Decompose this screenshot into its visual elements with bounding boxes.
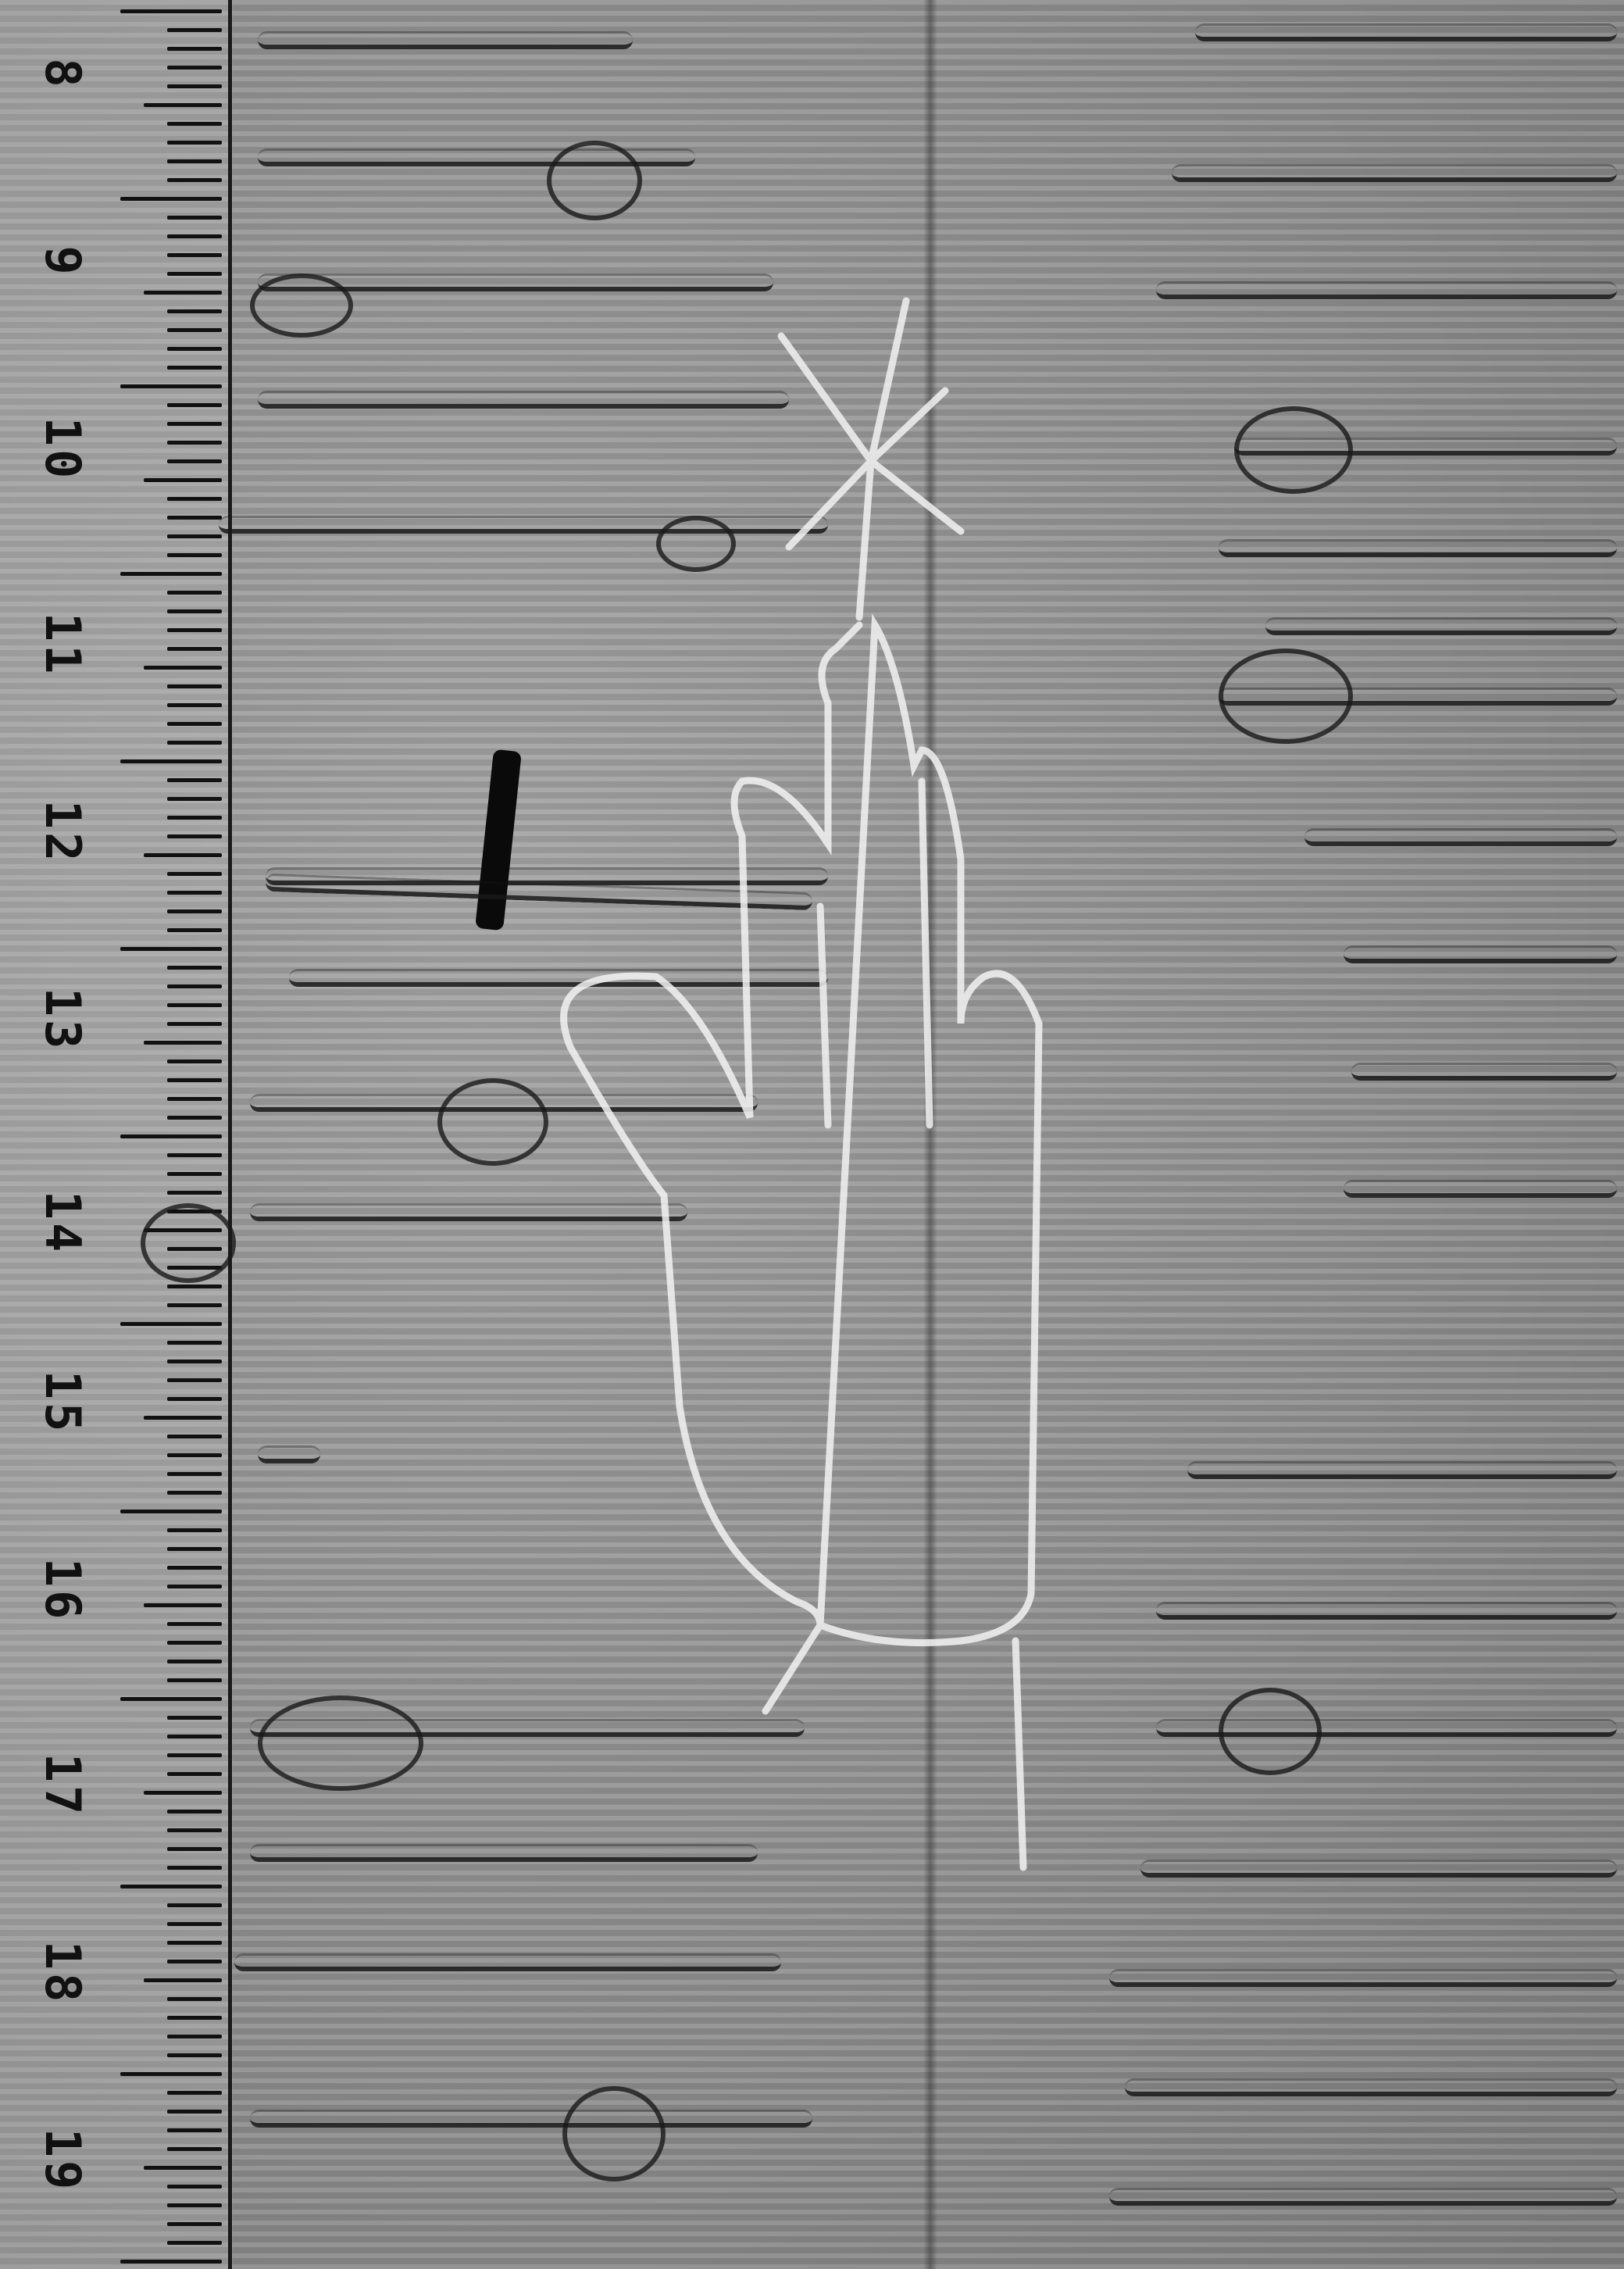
ruler-tick [167, 722, 222, 726]
ruler-tick [167, 703, 222, 707]
ruler-tick [167, 1585, 222, 1588]
ruler-tick [167, 2035, 222, 2039]
ruler-tick [167, 2147, 222, 2151]
hand-watermark [0, 0, 1624, 2269]
ruler-tick [167, 1472, 222, 1476]
ruler-tick [167, 872, 222, 876]
ruler-tick [120, 1510, 222, 1513]
ruler-label-17: 17 [31, 1738, 94, 1832]
ruler-tick [167, 328, 222, 332]
ruler-tick [167, 47, 222, 51]
ruler-tick [167, 778, 222, 782]
ruler-tick [167, 2203, 222, 2207]
ruler-tick [167, 403, 222, 407]
ruler-label-10: 10 [31, 402, 94, 496]
ruler-tick [167, 1753, 222, 1757]
ruler-tick [167, 516, 222, 520]
ruler-label-12: 12 [31, 785, 94, 879]
ruler-tick [167, 309, 222, 313]
ruler-tick [167, 1285, 222, 1288]
ruler-tick [167, 1903, 222, 1907]
manuscript-page: 8 9 10 11 12 13 14 15 16 17 18 19 [0, 0, 1624, 2269]
ruler-tick [167, 1303, 222, 1307]
ruler-tick [120, 1322, 222, 1326]
ruler-tick [167, 66, 222, 70]
ruler-tick [167, 553, 222, 557]
ruler-tick [167, 684, 222, 688]
ruler-tick [167, 1435, 222, 1438]
ruler-label-9: 9 [31, 215, 94, 309]
ruler-label-13: 13 [31, 973, 94, 1067]
ruler-tick [167, 797, 222, 801]
ruler-tick [167, 459, 222, 463]
ruler-tick [120, 572, 222, 576]
ruler-tick [167, 891, 222, 895]
ruler-tick [167, 1735, 222, 1738]
ruler-tick [167, 422, 222, 426]
ruler-tick [167, 1772, 222, 1776]
ruler-label-8: 8 [31, 27, 94, 121]
ruler-tick [144, 478, 222, 482]
ruler-tick [167, 1491, 222, 1495]
ruler-tick [167, 1097, 222, 1101]
ruler-tick [167, 84, 222, 88]
ruler-tick [120, 1885, 222, 1888]
ruler-tick [167, 741, 222, 745]
ruler-tick [120, 947, 222, 951]
ruler-tick [167, 1003, 222, 1007]
ruler-tick [144, 1041, 222, 1045]
ruler-tick [167, 647, 222, 651]
ruler-tick [167, 441, 222, 445]
ruler-tick [167, 1566, 222, 1570]
ruler-tick [167, 1397, 222, 1401]
ruler-tick [167, 1153, 222, 1157]
ruler-tick [167, 1078, 222, 1082]
ruler-tick [167, 534, 222, 538]
ruler-tick [167, 928, 222, 932]
ruler-tick [167, 1997, 222, 2001]
ruler-tick [167, 1828, 222, 1832]
ruler-tick [167, 1360, 222, 1363]
ruler-label-11: 11 [31, 598, 94, 691]
ruler-tick [167, 609, 222, 613]
ruler-tick [167, 1622, 222, 1626]
ruler-tick [144, 1416, 222, 1420]
ruler-tick [167, 1847, 222, 1851]
ruler-tick [120, 2072, 222, 2076]
ruler-tick [120, 384, 222, 388]
ruler-tick [167, 1960, 222, 1963]
ruler-tick [167, 2241, 222, 2245]
ruler-label-15: 15 [31, 1356, 94, 1449]
ruler-label-16: 16 [31, 1543, 94, 1637]
heavy-ink-mark [475, 749, 522, 931]
ruler-tick [167, 234, 222, 238]
ruler-tick [167, 253, 222, 257]
ruler-tick [144, 103, 222, 107]
ruler-tick [167, 2222, 222, 2226]
ruler-label-18: 18 [31, 1926, 94, 2020]
ruler-tick [167, 1866, 222, 1870]
ruler-edge [228, 0, 232, 2269]
ruler-tick [167, 1810, 222, 1813]
ruler-tick [167, 122, 222, 126]
ruler-tick [167, 1528, 222, 1532]
ruler-tick [120, 759, 222, 763]
ruler-tick [167, 816, 222, 820]
ruler-tick [167, 216, 222, 220]
ruler-tick [120, 2260, 222, 2264]
ruler-tick [167, 1378, 222, 1382]
ruler-tick [167, 834, 222, 838]
ruler-tick [167, 1453, 222, 1457]
ruler-tick [167, 272, 222, 276]
ruler-tick [167, 2128, 222, 2132]
ruler-tick [167, 2110, 222, 2114]
ruler-tick [120, 1697, 222, 1701]
ruler-label-19: 19 [31, 2114, 94, 2207]
ruler-tick [167, 28, 222, 32]
ruler-tick [167, 1172, 222, 1176]
ruler-tick [120, 197, 222, 201]
ruler-tick [167, 1547, 222, 1551]
ruler-tick [120, 9, 222, 13]
chain-line [923, 0, 937, 2269]
ruler-tick [167, 1116, 222, 1120]
ruler-tick [167, 591, 222, 595]
measurement-ruler: 8 9 10 11 12 13 14 15 16 17 18 19 [0, 0, 233, 2269]
ruler-tick [167, 159, 222, 163]
ruler-tick [167, 1341, 222, 1345]
ruler-tick [120, 1134, 222, 1138]
ruler-tick [167, 1941, 222, 1945]
ruler-tick [167, 1660, 222, 1663]
ruler-tick [167, 347, 222, 351]
ruler-tick [167, 497, 222, 501]
ruler-tick [167, 1922, 222, 1926]
ruler-tick [144, 666, 222, 670]
ruler-tick [144, 1791, 222, 1795]
ruler-tick [167, 2091, 222, 2095]
ruler-tick [167, 141, 222, 145]
ruler-tick [167, 966, 222, 970]
ruler-tick [167, 2185, 222, 2189]
ruler-tick [167, 2053, 222, 2057]
ruler-tick [167, 366, 222, 370]
ruler-tick [167, 1641, 222, 1645]
ruler-tick [144, 1603, 222, 1607]
ruler-tick [167, 984, 222, 988]
ruler-tick [167, 1716, 222, 1720]
ruler-tick [167, 2016, 222, 2020]
ruler-tick [167, 628, 222, 632]
ruler-tick [167, 1191, 222, 1195]
ruler-tick [144, 853, 222, 857]
ruler-label-14: 14 [31, 1176, 94, 1270]
ruler-tick [167, 909, 222, 913]
ruler-tick [167, 1059, 222, 1063]
ruler-tick [167, 1678, 222, 1682]
ruler-tick [167, 178, 222, 182]
ruler-tick [144, 2166, 222, 2170]
ruler-tick [144, 1978, 222, 1982]
ruler-tick [167, 1022, 222, 1026]
ruler-tick [144, 291, 222, 295]
hand-outline [564, 625, 1039, 1711]
